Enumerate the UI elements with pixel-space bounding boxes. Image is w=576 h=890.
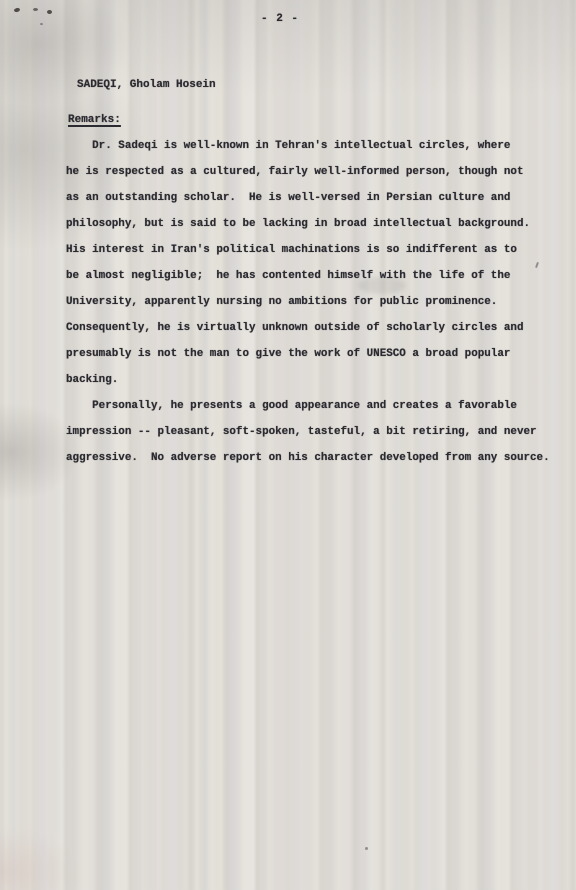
ink-speck: [365, 847, 368, 850]
ink-speck: [33, 8, 38, 11]
page-number: - 2 -: [261, 13, 299, 25]
scanned-document-page: - 2 - SADEQI, Gholam Hosein Remarks: Dr.…: [0, 0, 576, 890]
ink-speck: [47, 10, 52, 14]
remarks-paragraph: Dr. Sadeqi is well-known in Tehran's int…: [66, 133, 566, 393]
ink-speck: [14, 7, 21, 12]
remarks-heading: Remarks:: [68, 114, 121, 126]
remarks-body: Dr. Sadeqi is well-known in Tehran's int…: [66, 133, 566, 471]
ink-speck: [40, 23, 43, 25]
remarks-paragraph: Personally, he presents a good appearanc…: [66, 393, 566, 471]
subject-name: SADEQI, Gholam Hosein: [77, 79, 216, 91]
